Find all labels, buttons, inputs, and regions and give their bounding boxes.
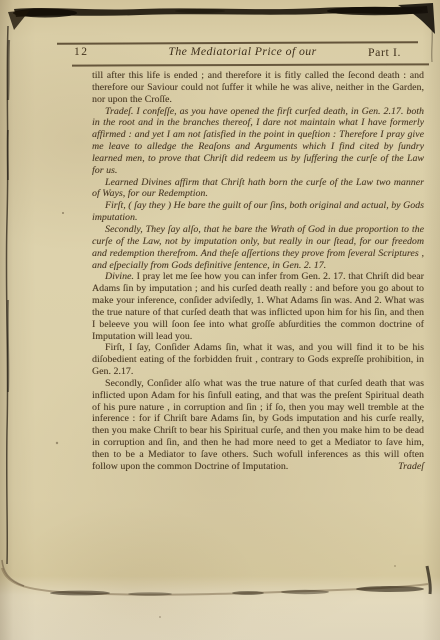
speaker-label: Divine.	[105, 271, 134, 282]
paragraph: Tradeſ. I confeſſe, as you have opened t…	[92, 106, 424, 177]
speaker-label: Tradeſ.	[105, 106, 133, 117]
paragraph-text: Secondly, They ſay alſo, that he bare th…	[92, 224, 424, 271]
text-block: till after this life is ended ; and ther…	[92, 70, 424, 473]
paragraph: Divine. I pray let me ſee how you can in…	[92, 271, 424, 342]
part-label: Part I.	[368, 45, 401, 60]
paragraph-text: Firſt, I ſay, Conſider Adams ſin, what i…	[92, 342, 424, 377]
paragraph-text: Secondly, Conſider alſo what was the tru…	[92, 378, 424, 472]
paragraph: Secondly, They ſay alſo, that he bare th…	[92, 224, 424, 271]
paragraph: till after this life is ended ; and ther…	[92, 70, 424, 106]
paragraph-text: till after this life is ended ; and ther…	[92, 70, 424, 105]
book-page-scan: 12 The Mediatorial Price of our Part I. …	[0, 0, 440, 640]
page-number: 12	[74, 46, 89, 58]
running-title: The Mediatorial Price of our	[120, 44, 365, 59]
paragraph-text: I confeſſe, as you have opened the firſt…	[92, 106, 424, 176]
paragraph: Learned Divines affirm that Chriſt hath …	[92, 177, 424, 201]
paragraph-text: I pray let me ſee how you can infer from…	[92, 271, 424, 341]
paragraph: Firſt, ( ſay they ) He bare the guilt of…	[92, 200, 424, 224]
paragraph-text: Firſt, ( ſay they ) He bare the guilt of…	[92, 200, 424, 223]
paragraph: Secondly, Conſider alſo what was the tru…	[92, 378, 424, 473]
paragraph: Firſt, I ſay, Conſider Adams ſin, what i…	[92, 342, 424, 378]
paragraph-text: Learned Divines affirm that Chriſt hath …	[92, 177, 424, 200]
header-rule-bottom	[72, 63, 429, 66]
